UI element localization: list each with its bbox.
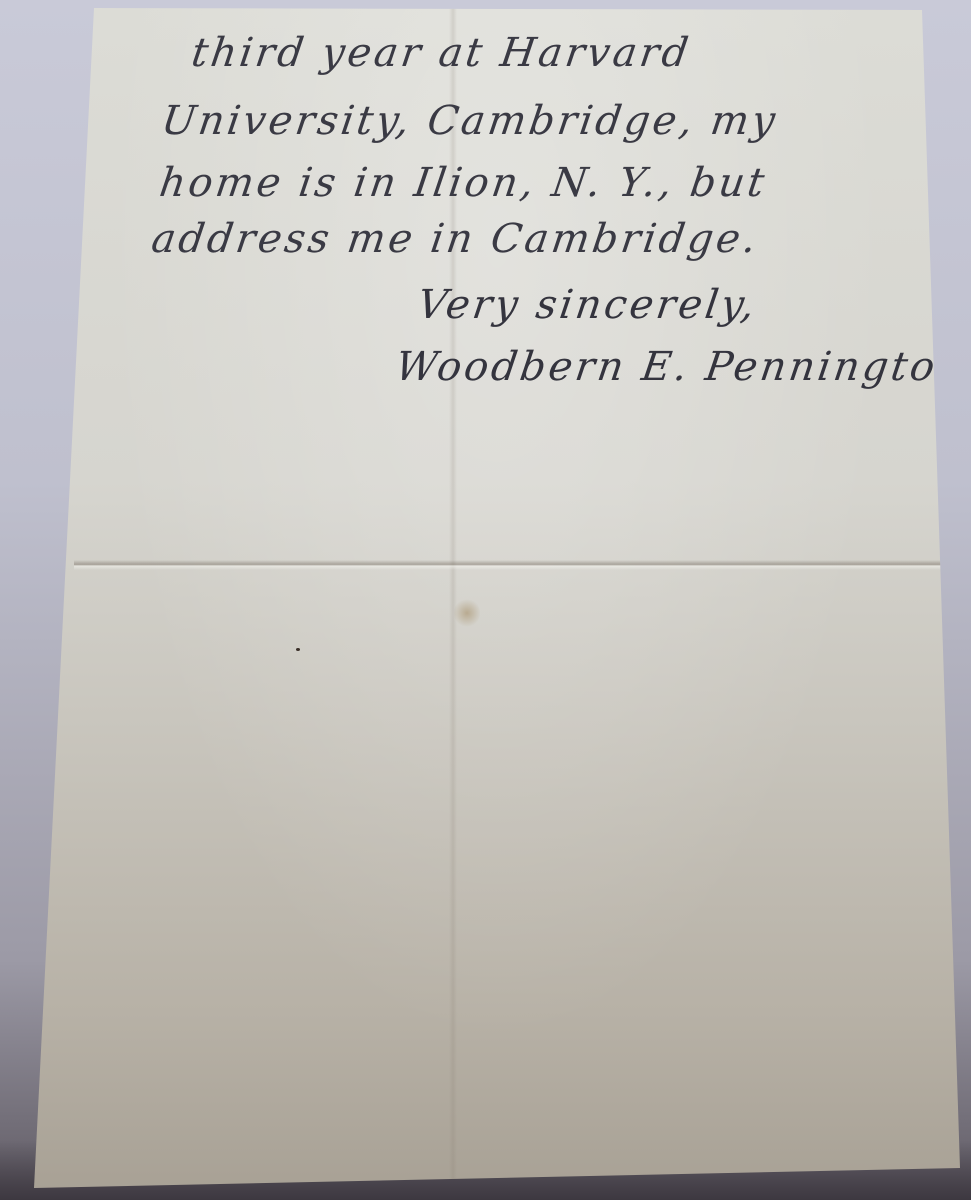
ink-speck — [296, 648, 300, 651]
signature: Woodbern E. Pennington — [393, 344, 970, 390]
paper-stain — [454, 598, 480, 628]
horizontal-fold-crease — [74, 560, 950, 570]
body-line-2: University, Cambridge, my — [159, 98, 781, 144]
closing-salutation: Very sincerely, — [415, 282, 761, 328]
letter-sheet: third year at Harvard University, Cambri… — [34, 8, 960, 1190]
body-line-4: address me in Cambridge. — [149, 216, 762, 262]
body-line-1: third year at Harvard — [189, 30, 694, 76]
body-line-3: home is in Ilion, N. Y., but — [157, 160, 770, 206]
